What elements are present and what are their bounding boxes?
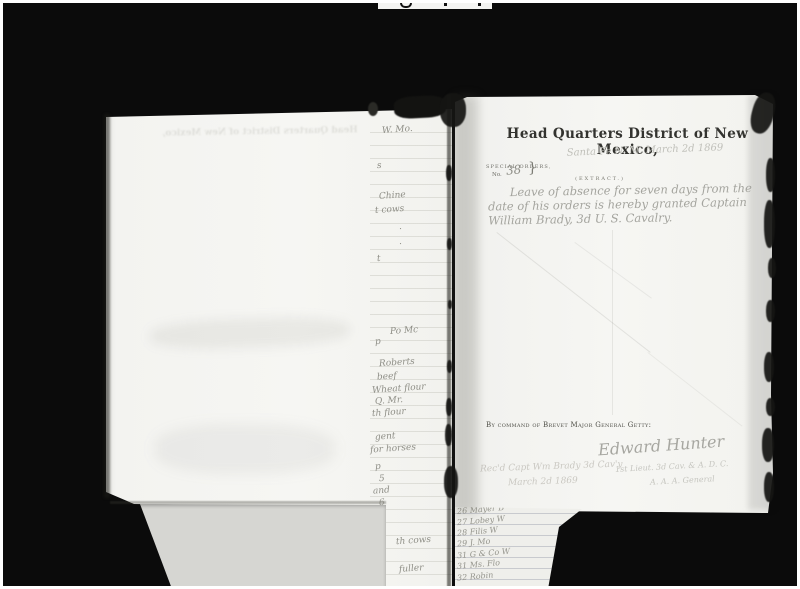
handwriting-fragment: s (377, 161, 382, 171)
underlying-page (134, 504, 386, 589)
command-line: By command of Brevet Major General Getty… (486, 421, 651, 429)
page-edge-blotch (768, 258, 776, 278)
order-body-handwriting: Leave of absence for seven days from the… (488, 180, 781, 227)
ink-blot (447, 360, 452, 373)
handwriting-fragment: and (373, 485, 391, 496)
page-edge-blotch (764, 472, 774, 502)
handwriting-fragment: gent (375, 431, 396, 442)
handwriting-fragment: Chine (379, 190, 406, 202)
left-page-edge-shadow (104, 114, 110, 498)
film-label-mark (444, 2, 447, 6)
handwriting-fragment: t cows (375, 204, 405, 216)
handwriting-fragment: . (399, 222, 403, 232)
page-edge-blotch (762, 428, 774, 462)
order-number-value: 38 (505, 162, 522, 178)
extract-label: (EXTRACT.) (540, 176, 660, 182)
handwriting-fragment: p (375, 337, 381, 347)
ink-blot (446, 165, 452, 181)
page-edge-blotch (764, 352, 774, 382)
page-edge-blotch (766, 158, 775, 192)
ink-blot (446, 398, 452, 416)
handwriting-fragment: Q. Mr. (375, 395, 404, 407)
ink-blot (445, 424, 452, 446)
film-label-mark (400, 1, 412, 8)
handwriting-fragment: W. Mo. (382, 124, 413, 136)
scanned-ledger-photo: Head Quarters District of New Mexico, W.… (0, 0, 800, 589)
vertical-crease (612, 230, 613, 415)
page-edge-blotch (766, 398, 775, 416)
bottom-index-strip: 26 Mayer B 27 Lobey W 28 Filis W 29 J. M… (455, 503, 585, 589)
handwriting-fragment: p (375, 462, 381, 472)
film-edge-strip (378, 0, 492, 9)
handwriting-fragment: t (377, 254, 381, 264)
page-edge-blotch (764, 200, 775, 248)
ink-bleed-smudge (155, 424, 335, 474)
ink-blot (444, 466, 458, 498)
ink-blot (447, 238, 452, 250)
film-label-mark (478, 2, 481, 6)
ink-blot (448, 300, 452, 309)
gutter-stain (454, 96, 478, 514)
order-number-label: No. (492, 172, 502, 178)
page-edge-blotch (766, 300, 775, 322)
handwriting-fragment: Po Mc (390, 325, 419, 337)
ink-blot (440, 93, 466, 127)
ink-blot (368, 102, 378, 116)
handwriting-fragment: beef (377, 371, 397, 382)
handwriting-fragment: 5 (379, 474, 385, 484)
ink-blot (393, 95, 446, 120)
brace-glyph: } (528, 160, 537, 176)
left-page-bottom-shadow (110, 501, 386, 504)
handwriting-fragment: fuller (399, 563, 424, 575)
handwriting-fragment: . (399, 237, 403, 247)
